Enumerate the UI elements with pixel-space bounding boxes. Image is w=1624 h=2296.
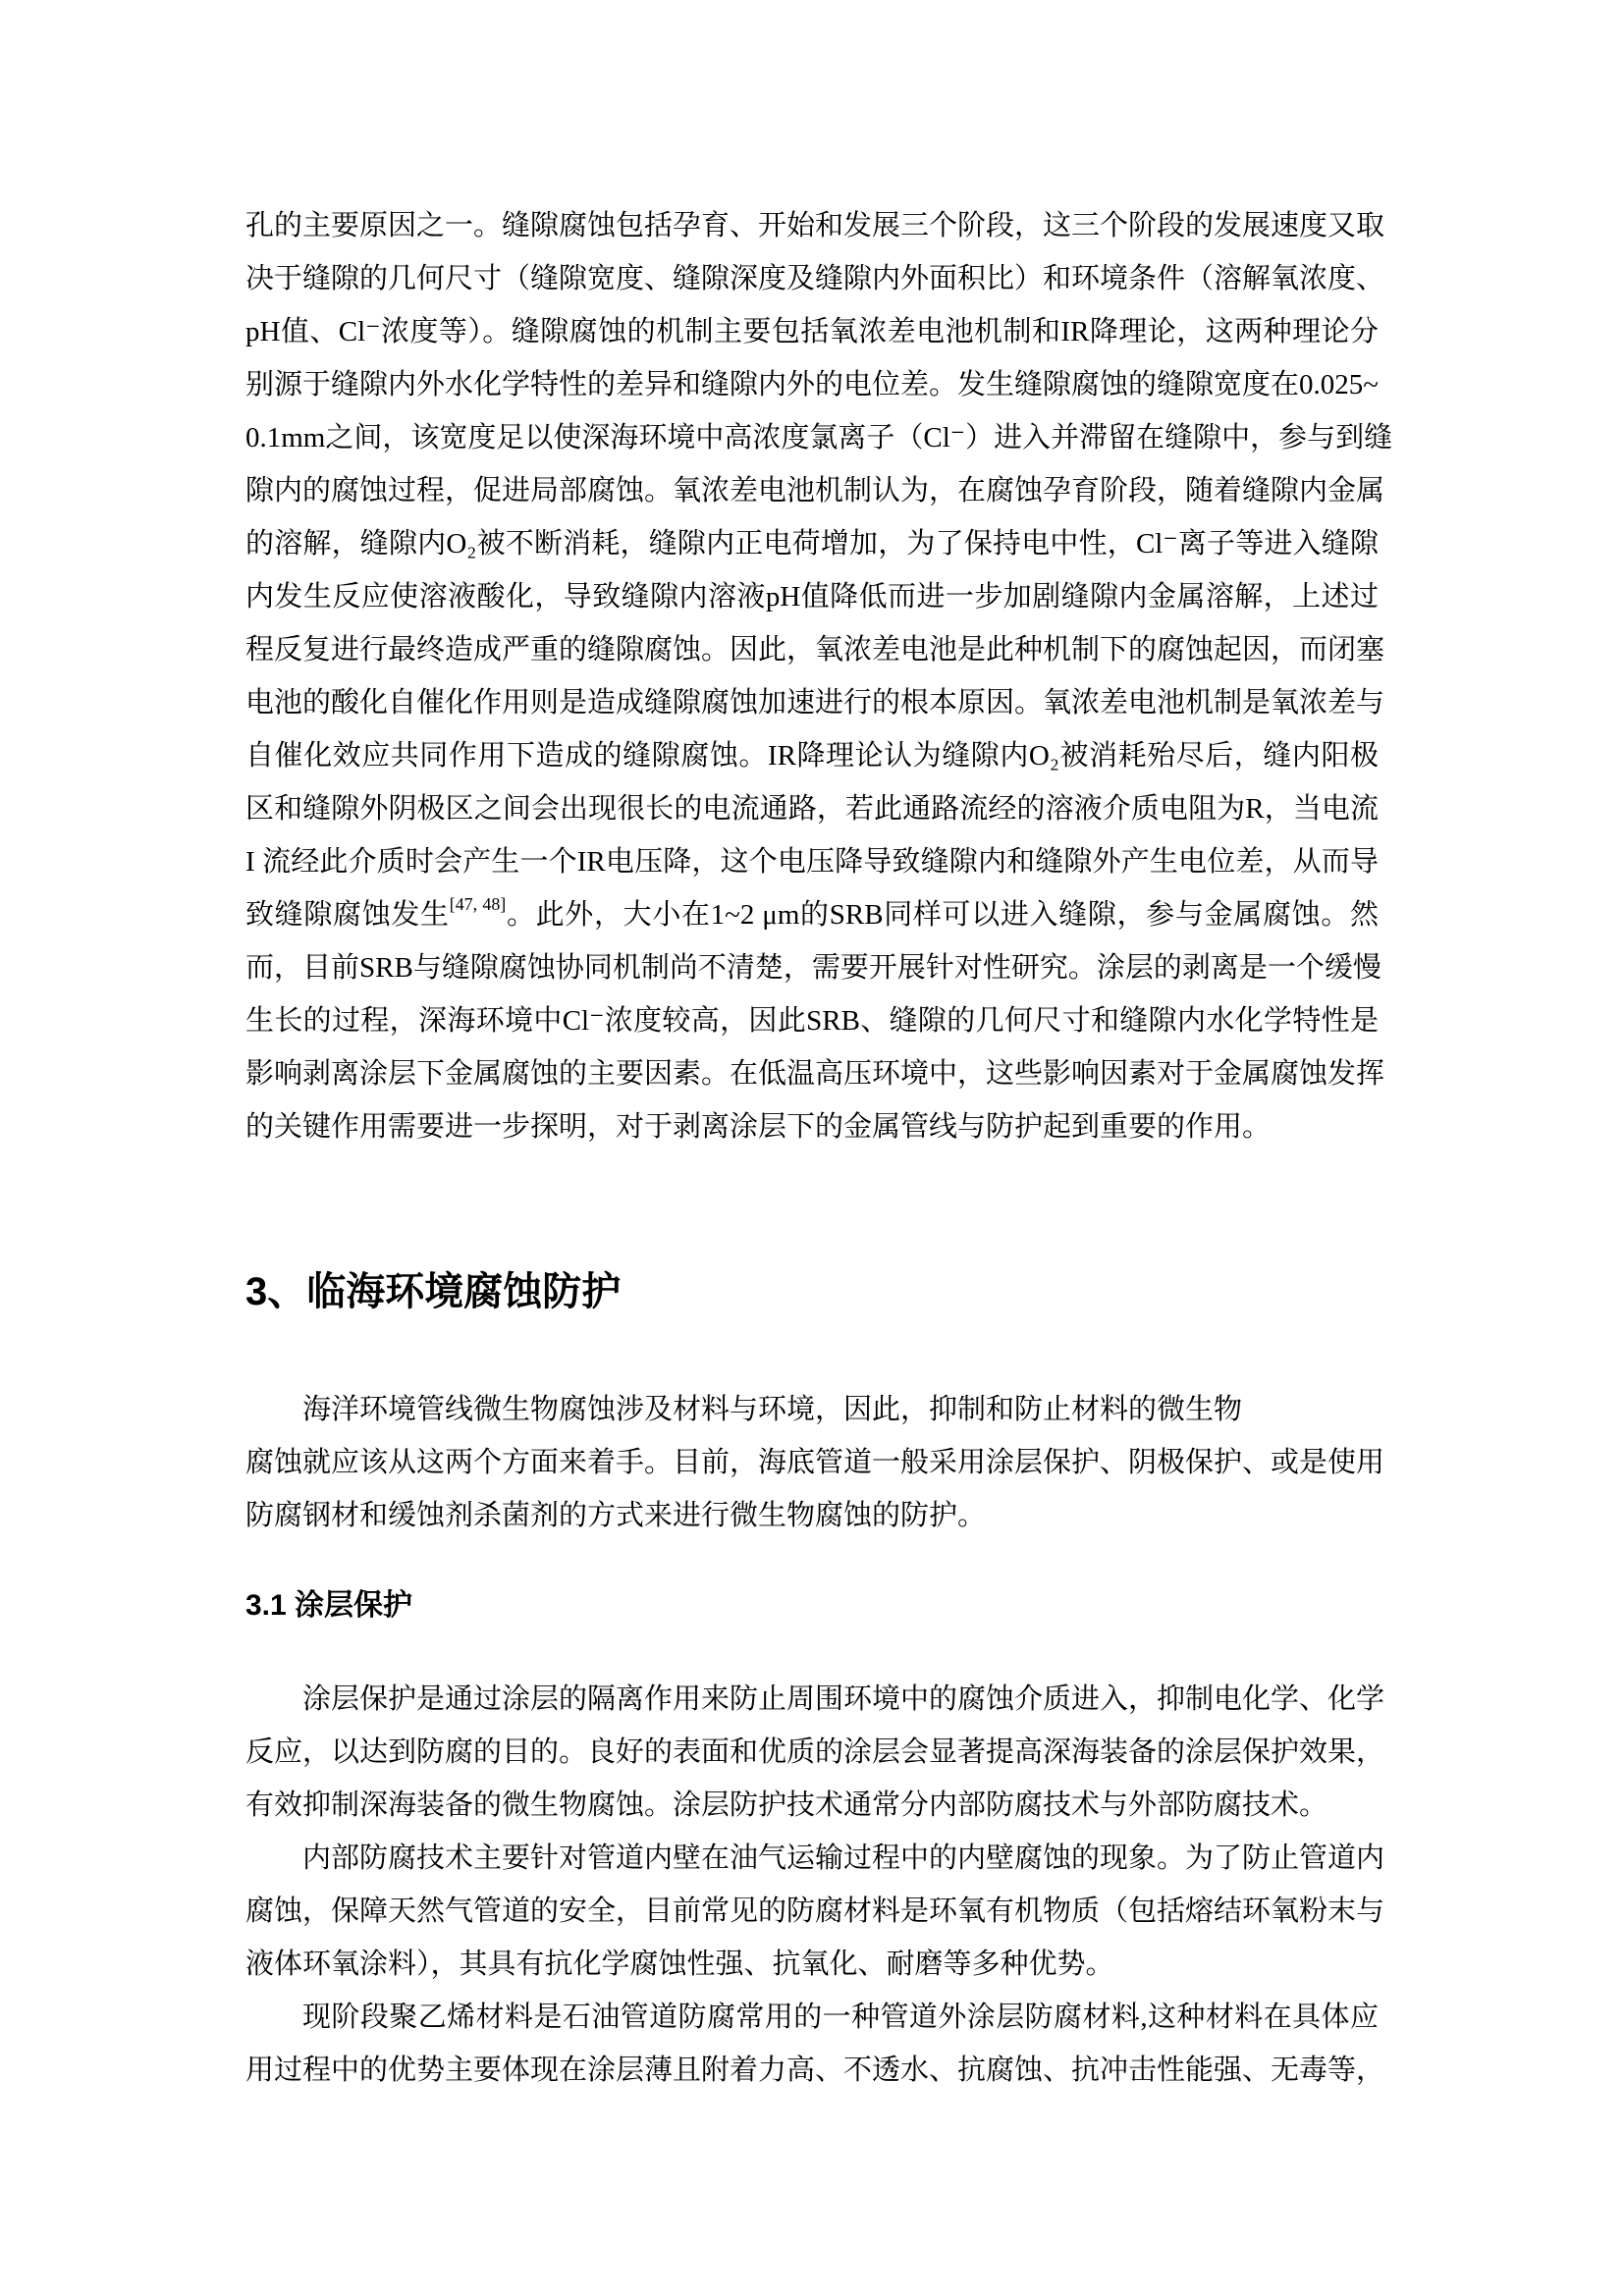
heading-section-3-1: 3.1 涂层保护	[245, 1586, 1379, 1626]
text-line: 的溶解，缝隙内O₂被不断消耗，缝隙内正电荷增加，为了保持电中性，Cl⁻离子等进入…	[245, 517, 1379, 570]
document-page: 孔的主要原因之一。缝隙腐蚀包括孕育、开始和发展三个阶段，这三个阶段的发展速度又取…	[0, 0, 1624, 2296]
text-line: 涂层保护是通过涂层的隔离作用来防止周围环境中的腐蚀介质进入，抑制电化学、化学	[245, 1673, 1379, 1726]
text-line: 生长的过程，深海环境中Cl⁻浓度较高，因此SRB、缝隙的几何尺寸和缝隙内水化学特…	[245, 994, 1379, 1047]
text-line: 而，目前SRB与缝隙腐蚀协同机制尚不清楚，需要开展针对性研究。涂层的剥离是一个缓…	[245, 941, 1379, 994]
heading-section-3: 3、临海环境腐蚀防护	[245, 1264, 1379, 1319]
text-line: 区和缝隙外阴极区之间会出现很长的电流通路，若此通路流经的溶液介质电阻为R，当电流	[245, 782, 1379, 835]
text-line: 决于缝隙的几何尺寸（缝隙宽度、缝隙深度及缝隙内外面积比）和环境条件（溶解氧浓度、	[245, 252, 1379, 305]
text-line: 用过程中的优势主要体现在涂层薄且附着力高、不透水、抗腐蚀、抗冲击性能强、无毒等，	[245, 2044, 1379, 2097]
text-line: 的关键作用需要进一步探明，对于剥离涂层下的金属管线与防护起到重要的作用。	[245, 1100, 1379, 1153]
text-line: 有效抑制深海装备的微生物腐蚀。涂层防护技术通常分内部防腐技术与外部防腐技术。	[245, 1779, 1379, 1832]
text-line: 别源于缝隙内外水化学特性的差异和缝隙内外的电位差。发生缝隙腐蚀的缝隙宽度在0.0…	[245, 358, 1379, 411]
text-line: 电池的酸化自催化作用则是造成缝隙腐蚀加速进行的根本原因。氧浓差电池机制是氧浓差与	[245, 676, 1379, 729]
paragraph-internal-anticorrosion: 内部防腐技术主要针对管道内壁在油气运输过程中的内壁腐蚀的现象。为了防止管道内腐蚀…	[245, 1832, 1379, 1991]
text-line: 内部防腐技术主要针对管道内壁在油气运输过程中的内壁腐蚀的现象。为了防止管道内	[245, 1832, 1379, 1885]
paragraph-polyethylene-coating: 现阶段聚乙烯材料是石油管道防腐常用的一种管道外涂层防腐材料,这种材料在具体应用过…	[245, 1991, 1379, 2097]
paragraph-coating-protection: 涂层保护是通过涂层的隔离作用来防止周围环境中的腐蚀介质进入，抑制电化学、化学反应…	[245, 1673, 1379, 1832]
text-line: 液体环氧涂料），其具有抗化学腐蚀性强、抗氧化、耐磨等多种优势。	[245, 1938, 1379, 1991]
text-line: 反应，以达到防腐的目的。良好的表面和优质的涂层会显著提高深海装备的涂层保护效果，	[245, 1726, 1379, 1779]
text-line: 自催化效应共同作用下造成的缝隙腐蚀。IR降理论认为缝隙内O₂被消耗殆尽后，缝内阳…	[245, 729, 1379, 782]
text-line: I 流经此介质时会产生一个IR电压降，这个电压降导致缝隙内和缝隙外产生电位差，从…	[245, 835, 1379, 888]
text-line: 致缝隙腐蚀发生[47, 48]。此外，大小在1~2 μm的SRB同样可以进入缝隙…	[245, 888, 1379, 941]
text-line: pH值、Cl⁻浓度等）。缝隙腐蚀的机制主要包括氧浓差电池机制和IR降理论，这两种…	[245, 305, 1379, 358]
text-line: 隙内的腐蚀过程，促进局部腐蚀。氧浓差电池机制认为，在腐蚀孕育阶段，随着缝隙内金属	[245, 464, 1379, 517]
text-line: 0.1mm之间，该宽度足以使深海环境中高浓度氯离子（Cl⁻）进入并滞留在缝隙中，…	[245, 411, 1379, 464]
text-line: 腐蚀，保障天然气管道的安全，目前常见的防腐材料是环氧有机物质（包括熔结环氧粉末与	[245, 1885, 1379, 1938]
text-line: 内发生反应使溶液酸化，导致缝隙内溶液pH值降低而进一步加剧缝隙内金属溶解，上述过	[245, 570, 1379, 623]
text-line: 程反复进行最终造成严重的缝隙腐蚀。因此，氧浓差电池是此种机制下的腐蚀起因，而闭塞	[245, 623, 1379, 676]
text-line: 防腐钢材和缓蚀剂杀菌剂的方式来进行微生物腐蚀的防护。	[245, 1489, 1379, 1542]
paragraph-crevice-corrosion: 孔的主要原因之一。缝隙腐蚀包括孕育、开始和发展三个阶段，这三个阶段的发展速度又取…	[245, 199, 1379, 1153]
text-line: 孔的主要原因之一。缝隙腐蚀包括孕育、开始和发展三个阶段，这三个阶段的发展速度又取	[245, 199, 1379, 252]
text-line: 现阶段聚乙烯材料是石油管道防腐常用的一种管道外涂层防腐材料,这种材料在具体应	[245, 1991, 1379, 2044]
text-line: 影响剥离涂层下金属腐蚀的主要因素。在低温高压环境中，这些影响因素对于金属腐蚀发挥	[245, 1047, 1379, 1100]
text-line: 腐蚀就应该从这两个方面来着手。目前，海底管道一般采用涂层保护、阴极保护、或是使用	[245, 1436, 1379, 1489]
document-content: 孔的主要原因之一。缝隙腐蚀包括孕育、开始和发展三个阶段，这三个阶段的发展速度又取…	[245, 0, 1379, 2097]
text-line: 海洋环境管线微生物腐蚀涉及材料与环境，因此，抑制和防止材料的微生物	[245, 1383, 1379, 1436]
paragraph-marine-mic-overview: 海洋环境管线微生物腐蚀涉及材料与环境，因此，抑制和防止材料的微生物腐蚀就应该从这…	[245, 1383, 1379, 1542]
